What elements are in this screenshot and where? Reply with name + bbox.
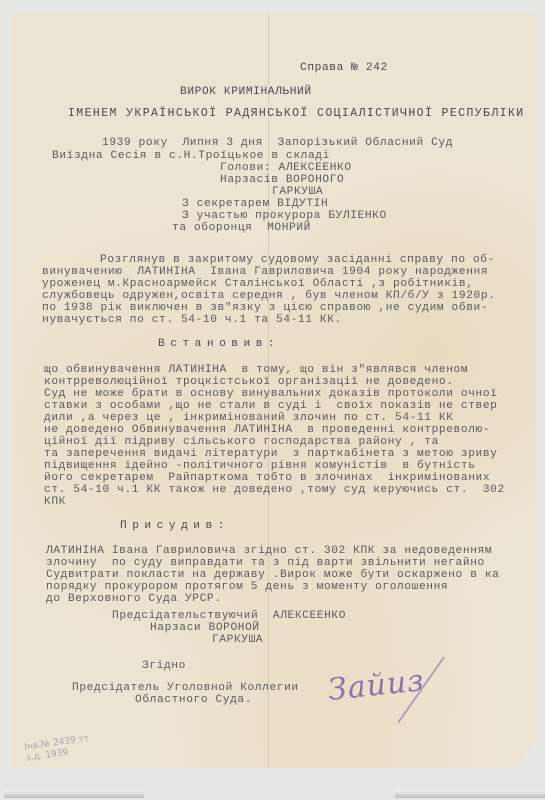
header-line: 1939 року Липня 3 дня Запорізький Обласн… <box>102 137 453 150</box>
header-line: та оборонця МОНРИЙ <box>172 222 311 235</box>
section-heading-established: Встановив: <box>158 338 280 351</box>
approved-label: Згідно <box>142 660 186 673</box>
established-line: КПК <box>44 496 66 509</box>
sentenced-line: до Верховного Суда УРСР. <box>46 593 222 606</box>
mount-strip-right <box>395 790 545 798</box>
approval-line: Областного Суда. <box>135 694 252 707</box>
document-subtitle: ІМЕНЕМ УКРАЇНСЬКОЇ РАДЯНСЬКОЇ СОЦІАЛІСТИ… <box>68 107 525 120</box>
document-title: ВИРОК КРИМІНАЛЬНИЙ <box>180 86 312 99</box>
mount-strip-left <box>4 790 144 798</box>
established-line: ст. 54-10 ч.1 КК також не доведено ,тому… <box>44 484 505 497</box>
signature-line: ГАРКУША <box>212 634 263 647</box>
intro-line: нувачується по ст. 54-10 ч.1 та 54-11 КК… <box>42 314 342 327</box>
section-heading-sentenced: Присудив: <box>120 520 230 533</box>
case-number: Справа № 242 <box>300 62 388 75</box>
